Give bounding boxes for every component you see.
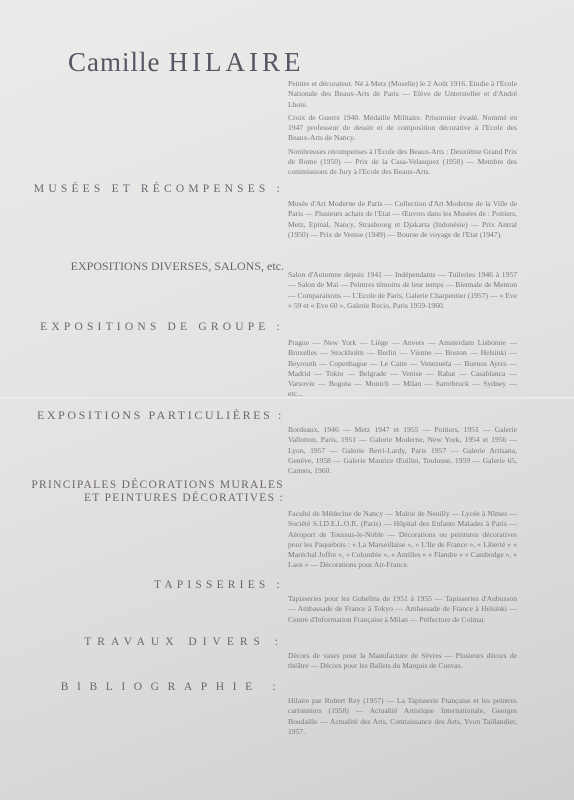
- section-text-musees: Musée d'Art Moderne de Paris — Collectio…: [288, 199, 517, 240]
- section-heading-tapisseries: TAPISSERIES :: [154, 579, 284, 591]
- section-heading-decorations-line1: PRINCIPALES DÉCORATIONS MURALES: [31, 479, 284, 491]
- artist-first-name: Camille: [68, 47, 160, 77]
- artist-name-title: CamilleHILAIRE: [68, 47, 304, 78]
- section-heading-travaux-divers: TRAVAUX DIVERS :: [84, 636, 284, 648]
- section-text-expositions-diverses: Salon d'Automne depuis 1941 — Indépendan…: [288, 270, 517, 311]
- section-text-expositions-groupe: Prague — New York — Liège — Anvers — Ams…: [288, 338, 517, 400]
- section-heading-expositions-particulieres: EXPOSITIONS PARTICULIÈRES :: [37, 408, 284, 423]
- section-text-travaux-divers: Décors de vases pour la Manufacture de S…: [288, 651, 517, 672]
- biography-paragraph: Peintre et décorateur. Né à Metz (Mosell…: [288, 79, 517, 110]
- section-heading-expositions-groupe: EXPOSITIONS DE GROUPE :: [40, 321, 284, 333]
- biography-text: Peintre et décorateur. Né à Metz (Mosell…: [288, 79, 517, 181]
- artist-last-name: HILAIRE: [168, 47, 304, 77]
- section-heading-expositions-diverses: EXPOSITIONS DIVERSES, SALONS, etc.: [71, 259, 284, 274]
- section-heading-bibliographie: BIBLIOGRAPHIE :: [61, 681, 284, 693]
- section-text-tapisseries: Tapisseries pour les Gobelins de 1951 à …: [288, 594, 517, 625]
- biography-paragraph: Croix de Guerre 1940. Médaille Militaire…: [288, 113, 517, 144]
- section-text-bibliographie: Hilaire par Robert Rey (1957) — La Tapis…: [288, 696, 517, 737]
- section-heading-decorations-line2: ET PEINTURES DÉCORATIVES :: [84, 492, 284, 504]
- section-text-expositions-particulieres: Bordeaux, 1946 — Metz 1947 et 1955 — Poi…: [288, 425, 517, 476]
- section-text-decorations: Faculté de Médecine de Nancy — Mairie de…: [288, 509, 517, 571]
- section-heading-musees: MUSÉES ET RÉCOMPENSES :: [34, 183, 284, 195]
- biography-paragraph: Nombreuses récompenses à l'Ecole des Bea…: [288, 147, 517, 178]
